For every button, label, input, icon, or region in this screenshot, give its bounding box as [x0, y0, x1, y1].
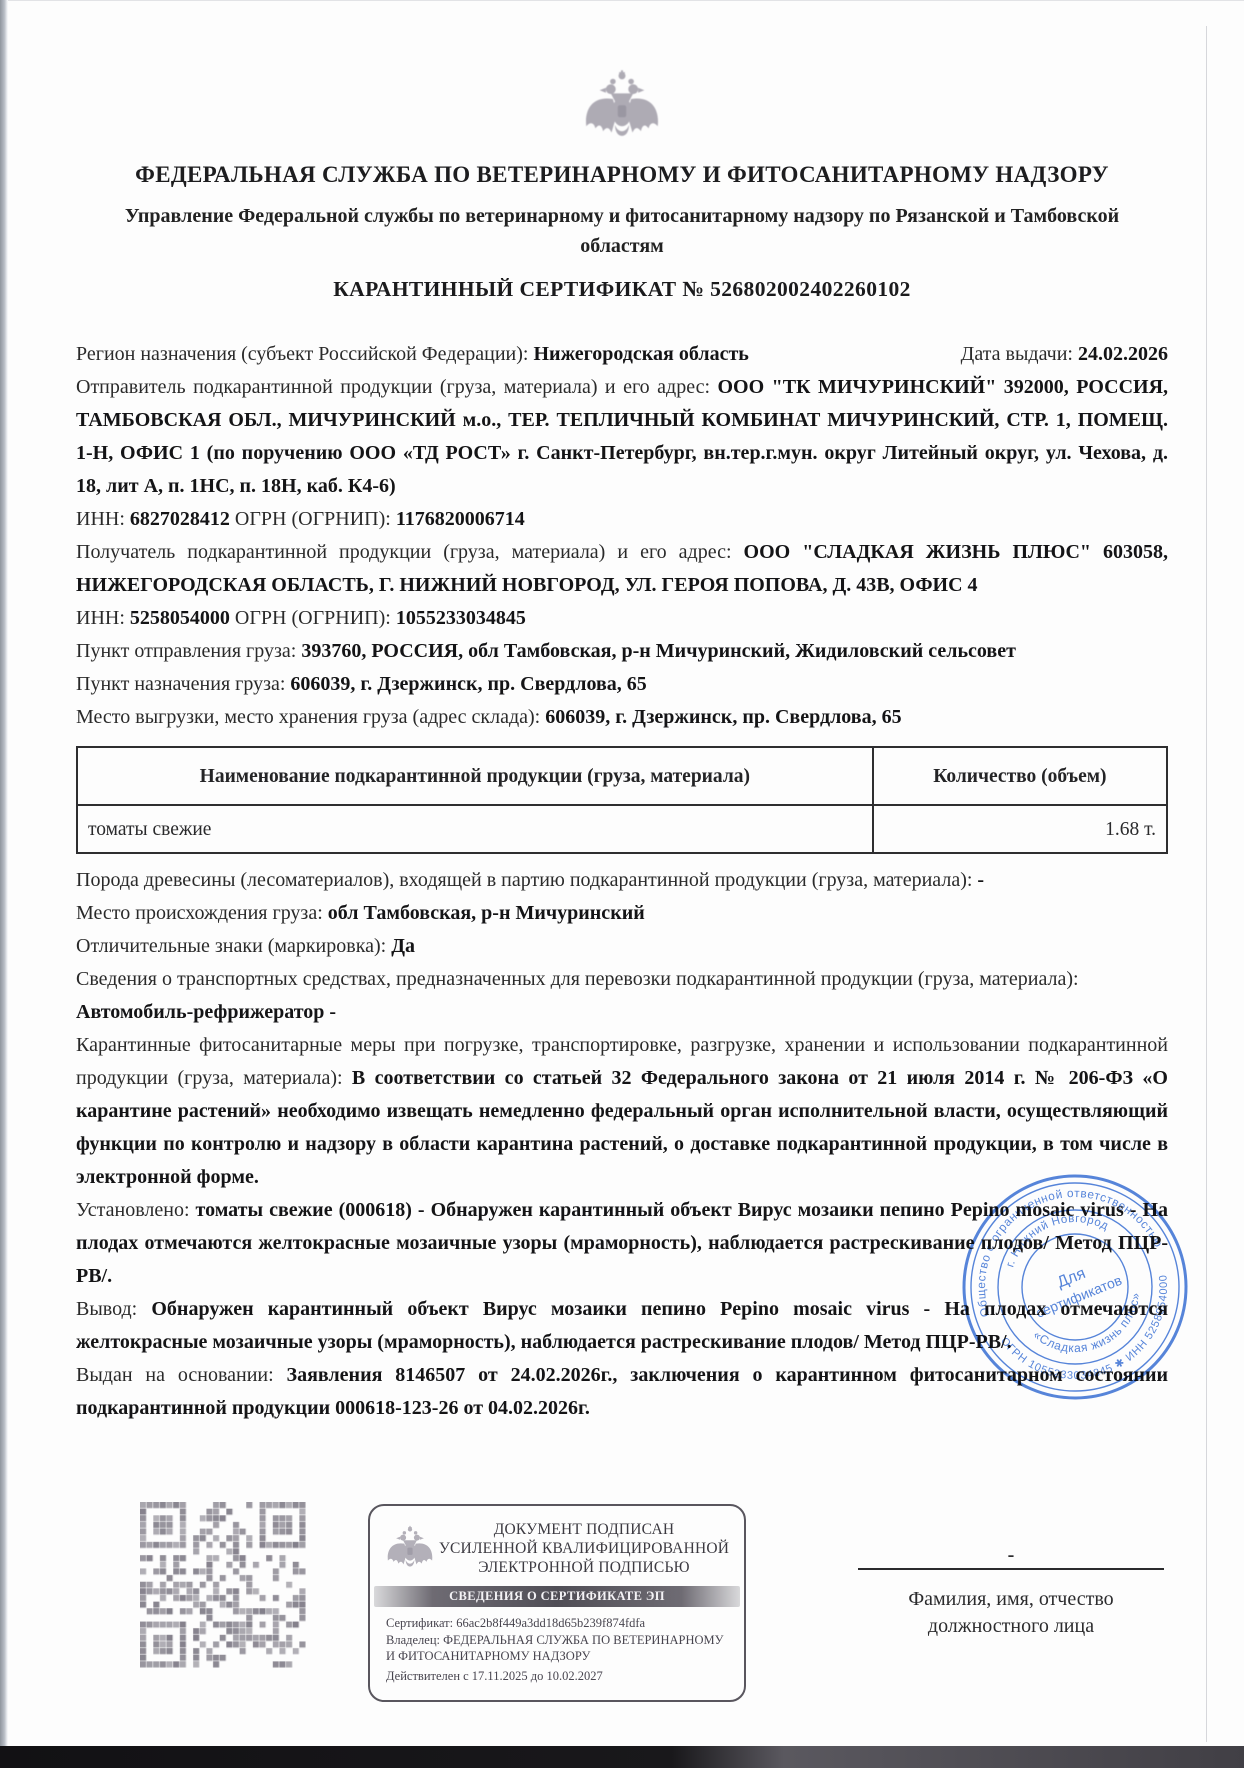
- field-wood: Порода древесины (лесоматериалов), входя…: [76, 864, 1168, 897]
- esign-title: ДОКУМЕНТ ПОДПИСАН УСИЛЕННОЙ КВАЛИФИЦИРОВ…: [436, 1520, 732, 1577]
- field-value: -: [977, 869, 984, 891]
- table-header-product: Наименование подкарантинной продукции (г…: [77, 747, 873, 805]
- field-receiver-ids: ИНН: 5258054000 ОГРН (ОГРНИП): 105523303…: [76, 602, 1168, 635]
- field-label: Регион назначения (субъект Российской Фе…: [76, 343, 528, 365]
- esign-cert-info-bar: СВЕДЕНИЯ О СЕРТИФИКАТЕ ЭП: [374, 1586, 740, 1607]
- field-label: Порода древесины (лесоматериалов), входя…: [76, 869, 972, 891]
- field-value: 606039, г. Дзержинск, пр. Свердлова, 65: [290, 673, 646, 695]
- field-departure: Пункт отправления груза: 393760, РОССИЯ,…: [76, 635, 1168, 668]
- esign-cert-label: Сертификат:: [386, 1616, 453, 1630]
- field-value: 5258054000: [130, 607, 230, 629]
- field-transport: Сведения о транспортных средствах, предн…: [76, 963, 1168, 1029]
- signature-line: [858, 1568, 1164, 1570]
- products-table: Наименование подкарантинной продукции (г…: [76, 746, 1168, 854]
- signatory-caption-line2: должностного лица: [858, 1613, 1164, 1640]
- table-row: томаты свежие 1.68 т.: [77, 805, 1167, 853]
- esign-owner-label: Владелец:: [386, 1633, 440, 1647]
- field-value: 1176820006714: [396, 508, 525, 530]
- field-label: ИНН:: [76, 607, 125, 629]
- esign-title-line1: ДОКУМЕНТ ПОДПИСАН: [436, 1520, 732, 1539]
- field-value: 1055233034845: [396, 607, 526, 629]
- field-sender: Отправитель подкарантинной продукции (гр…: [76, 371, 1168, 503]
- scan-edge-left: [0, 0, 8, 1746]
- field-label: ИНН:: [76, 508, 125, 530]
- field-label: Отправитель подкарантинной продукции (гр…: [76, 376, 710, 398]
- field-sender-ids: ИНН: 6827028412 ОГРН (ОГРНИП): 117682000…: [76, 503, 1168, 536]
- esign-title-line3: ЭЛЕКТРОННОЙ ПОДПИСЬЮ: [436, 1558, 732, 1577]
- field-label: Выдан на основании:: [76, 1364, 274, 1386]
- field-label: Отличительные знаки (маркировка):: [76, 935, 386, 957]
- field-value: Нижегородская область: [533, 343, 748, 365]
- field-value: Да: [391, 935, 415, 957]
- esign-title-line2: УСИЛЕННОЙ КВАЛИФИЦИРОВАННОЙ: [436, 1539, 732, 1558]
- coat-of-arms-icon: [580, 58, 664, 154]
- field-marks: Отличительные знаки (маркировка): Да: [76, 930, 1168, 963]
- department-title: Управление Федеральной службы по ветерин…: [92, 201, 1152, 261]
- esign-box: ДОКУМЕНТ ПОДПИСАН УСИЛЕННОЙ КВАЛИФИЦИРОВ…: [368, 1504, 746, 1702]
- field-value: 606039, г. Дзержинск, пр. Свердлова, 65: [545, 706, 901, 728]
- field-label: Место выгрузки, место хранения груза (ад…: [76, 706, 540, 728]
- field-receiver: Получатель подкарантинной продукции (гру…: [76, 536, 1168, 602]
- scan-edge-right: [1206, 26, 1207, 1742]
- quarantine-certificate-page: ФЕДЕРАЛЬНАЯ СЛУЖБА ПО ВЕТЕРИНАРНОМУ И ФИ…: [0, 0, 1244, 1768]
- field-label: Сведения о транспортных средствах, предн…: [76, 968, 1079, 990]
- esign-coat-of-arms-icon: [384, 1518, 436, 1578]
- table-cell-quantity: 1.68 т.: [873, 805, 1167, 853]
- esign-cert-line: Сертификат: 66ac2b8f449a3dd18d65b239f874…: [386, 1615, 728, 1632]
- company-round-stamp: Общество с ограниченной ответственностью…: [958, 1170, 1192, 1404]
- field-label: Пункт назначения груза:: [76, 673, 285, 695]
- field-unloading: Место выгрузки, место хранения груза (ад…: [76, 701, 1168, 734]
- field-label: ОГРН (ОГРНИП):: [235, 508, 391, 530]
- field-destination: Пункт назначения груза: 606039, г. Дзерж…: [76, 668, 1168, 701]
- esign-header: ДОКУМЕНТ ПОДПИСАН УСИЛЕННОЙ КВАЛИФИЦИРОВ…: [370, 1506, 744, 1580]
- issue-date-label: Дата выдачи:: [961, 343, 1073, 365]
- field-label: Место происхождения груза:: [76, 902, 323, 924]
- field-label: Установлено:: [76, 1199, 190, 1221]
- agency-title: ФЕДЕРАЛЬНАЯ СЛУЖБА ПО ВЕТЕРИНАРНОМУ И ФИ…: [106, 158, 1138, 191]
- field-label: ОГРН (ОГРНИП):: [235, 607, 391, 629]
- esign-cert-value: 66ac2b8f449a3dd18d65b239f874fdfa: [456, 1616, 645, 1630]
- field-origin: Место происхождения груза: обл Тамбовска…: [76, 897, 1168, 930]
- field-region: Регион назначения (субъект Российской Фе…: [76, 338, 1168, 371]
- field-label: Вывод:: [76, 1298, 137, 1320]
- signatory-caption: Фамилия, имя, отчество должностного лица: [858, 1586, 1164, 1640]
- esign-validity: Действителен с 17.11.2025 до 10.02.2027: [386, 1668, 728, 1685]
- field-label: Получатель подкарантинной продукции (гру…: [76, 541, 732, 563]
- issue-date-value: 24.02.2026: [1078, 343, 1168, 365]
- esign-owner-line: Владелец: ФЕДЕРАЛЬНАЯ СЛУЖБА ПО ВЕТЕРИНА…: [386, 1632, 728, 1665]
- signatory-block: - Фамилия, имя, отчество должностного ли…: [858, 1544, 1164, 1640]
- field-value: 6827028412: [130, 508, 230, 530]
- field-value: 393760, РОССИЯ, обл Тамбовская, р-н Мичу…: [301, 640, 1016, 662]
- certificate-title: КАРАНТИННЫЙ СЕРТИФИКАТ № 526802002402260…: [76, 277, 1168, 302]
- field-value: обл Тамбовская, р-н Мичуринский: [328, 902, 645, 924]
- qr-code: [140, 1502, 306, 1668]
- scan-edge-bottom: [0, 1746, 1244, 1768]
- esign-details: Сертификат: 66ac2b8f449a3dd18d65b239f874…: [370, 1609, 744, 1684]
- field-value: Автомобиль-рефрижератор -: [76, 1001, 336, 1023]
- signatory-caption-line1: Фамилия, имя, отчество: [858, 1586, 1164, 1613]
- table-cell-product: томаты свежие: [77, 805, 873, 853]
- field-label: Пункт отправления груза:: [76, 640, 296, 662]
- signatory-dash: -: [858, 1544, 1164, 1566]
- table-header-quantity: Количество (объем): [873, 747, 1167, 805]
- table-header-row: Наименование подкарантинной продукции (г…: [77, 747, 1167, 805]
